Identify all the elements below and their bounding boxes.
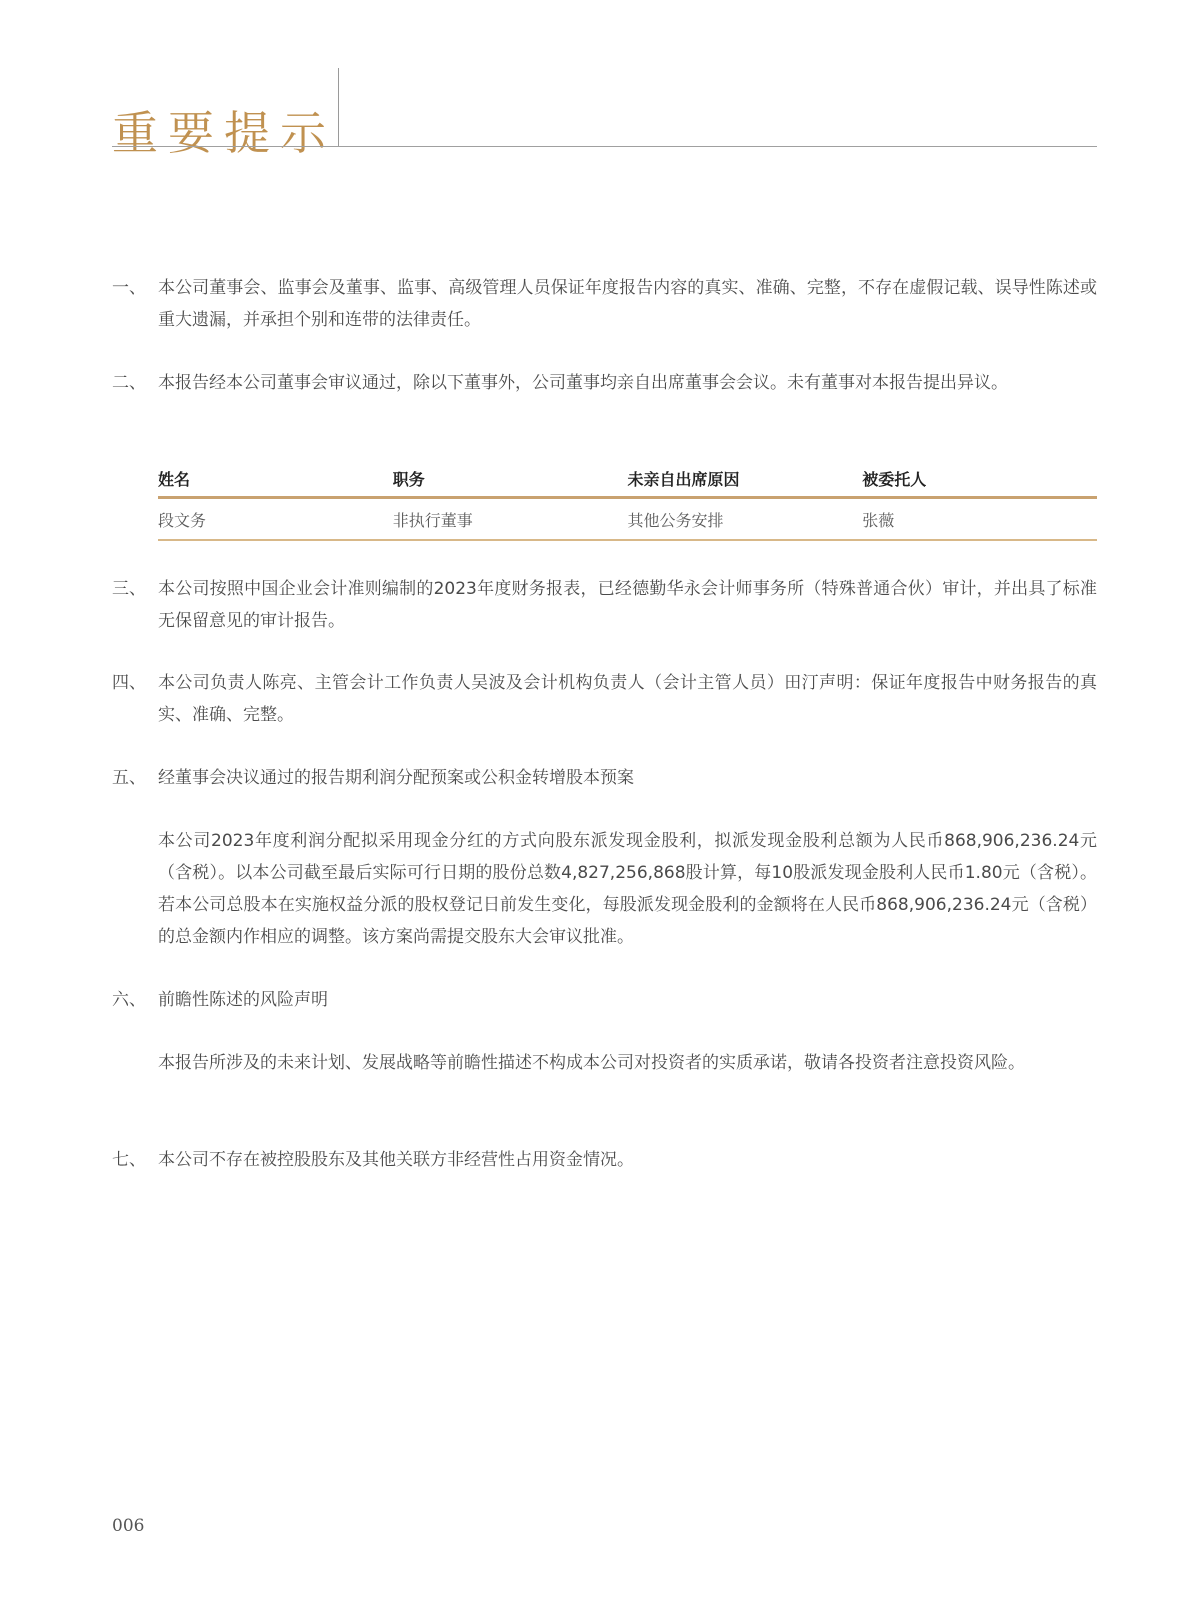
item-number: 七、	[112, 1144, 158, 1176]
item-text: 本公司不存在被控股股东及其他关联方非经营性占用资金情况。	[158, 1144, 1097, 1176]
item-number: 五、	[112, 762, 158, 794]
item-text: 本公司按照中国企业会计准则编制的2023年度财务报表，已经德勤华永会计师事务所（…	[158, 573, 1097, 637]
item-number: 二、	[112, 367, 158, 399]
item-number: 一、	[112, 272, 158, 304]
item-text: 前瞻性陈述的风险声明	[158, 984, 1097, 1016]
cell-proxy: 张薇	[862, 508, 1097, 531]
notice-item-7: 七、 本公司不存在被控股股东及其他关联方非经营性占用资金情况。	[112, 1144, 1097, 1176]
absent-directors-table: 姓名 职务 未亲自出席原因 被委托人 段文务 非执行董事 其他公务安排 张薇	[158, 460, 1097, 541]
column-header-name: 姓名	[158, 467, 393, 490]
notice-item-4: 四、 本公司负责人陈亮、主管会计工作负责人吴波及会计机构负责人（会计主管人员）田…	[112, 667, 1097, 731]
item-text: 本报告经本公司董事会审议通过，除以下董事外，公司董事均亲自出席董事会会议。未有董…	[158, 367, 1097, 399]
notice-item-1: 一、 本公司董事会、监事会及董事、监事、高级管理人员保证年度报告内容的真实、准确…	[112, 272, 1097, 336]
item-number: 四、	[112, 667, 158, 699]
title-horizontal-rule	[112, 146, 1097, 147]
cell-reason: 其他公务安排	[628, 508, 863, 531]
item-text: 本公司董事会、监事会及董事、监事、高级管理人员保证年度报告内容的真实、准确、完整…	[158, 272, 1097, 336]
item-number: 六、	[112, 984, 158, 1016]
column-header-reason: 未亲自出席原因	[628, 467, 863, 490]
cell-position: 非执行董事	[393, 508, 628, 531]
dividend-paragraph: 本公司2023年度利润分配拟采用现金分红的方式向股东派发现金股利，拟派发现金股利…	[158, 825, 1097, 953]
table-row: 段文务 非执行董事 其他公务安排 张薇	[158, 499, 1097, 541]
column-header-position: 职务	[393, 467, 628, 490]
page-title: 重要提示	[112, 105, 336, 161]
column-header-proxy: 被委托人	[862, 467, 1097, 490]
page-number: 006	[112, 1516, 144, 1536]
item-text: 经董事会决议通过的报告期利润分配预案或公积金转增股本预案	[158, 762, 1097, 794]
item-text: 本公司负责人陈亮、主管会计工作负责人吴波及会计机构负责人（会计主管人员）田汀声明…	[158, 667, 1097, 731]
notice-item-5: 五、 经董事会决议通过的报告期利润分配预案或公积金转增股本预案	[112, 762, 1097, 794]
risk-paragraph: 本报告所涉及的未来计划、发展战略等前瞻性描述不构成本公司对投资者的实质承诺，敬请…	[158, 1047, 1097, 1079]
notice-item-2: 二、 本报告经本公司董事会审议通过，除以下董事外，公司董事均亲自出席董事会会议。…	[112, 367, 1097, 399]
title-vertical-divider	[338, 68, 339, 146]
notice-item-3: 三、 本公司按照中国企业会计准则编制的2023年度财务报表，已经德勤华永会计师事…	[112, 573, 1097, 637]
notice-item-6: 六、 前瞻性陈述的风险声明	[112, 984, 1097, 1016]
cell-name: 段文务	[158, 508, 393, 531]
table-header-row: 姓名 职务 未亲自出席原因 被委托人	[158, 460, 1097, 499]
item-number: 三、	[112, 573, 158, 605]
